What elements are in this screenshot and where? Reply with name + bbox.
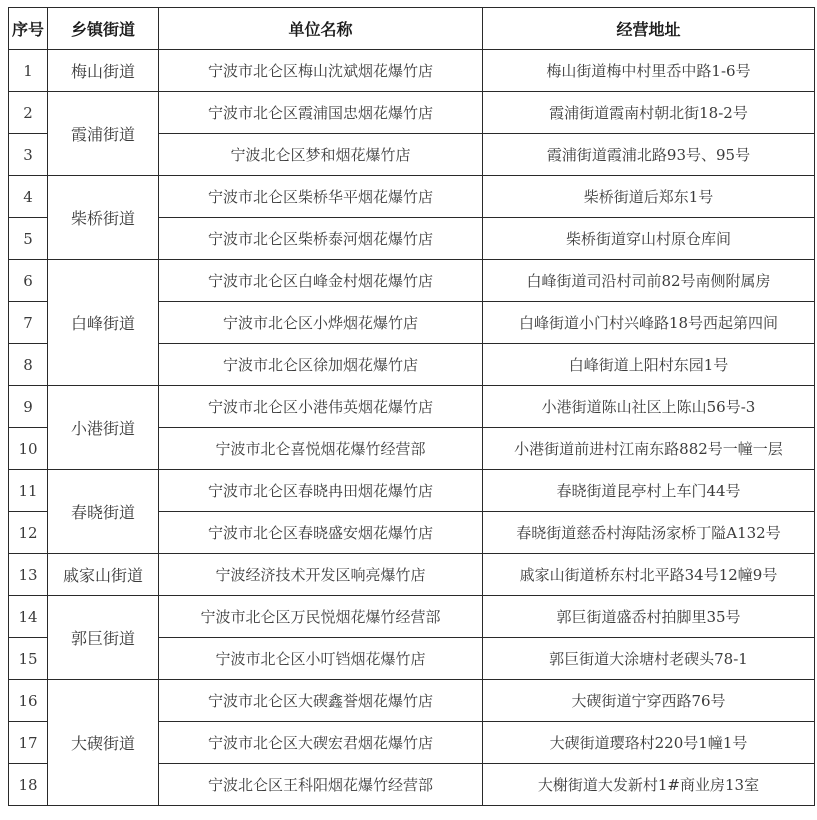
address-cell: 白峰街道小门村兴峰路18号西起第四间 <box>483 302 815 344</box>
seq-cell: 9 <box>9 386 48 428</box>
table-row: 16 大碶街道 宁波市北仑区大碶鑫誉烟花爆竹店 大碶街道宁穿西路76号 <box>9 680 815 722</box>
address-cell: 小港街道陈山社区上陈山56号-3 <box>483 386 815 428</box>
seq-cell: 14 <box>9 596 48 638</box>
name-cell: 宁波市北仑区梅山沈斌烟花爆竹店 <box>159 50 483 92</box>
table-row: 4 柴桥街道 宁波市北仑区柴桥华平烟花爆竹店 柴桥街道后郑东1号 <box>9 176 815 218</box>
seq-cell: 1 <box>9 50 48 92</box>
name-cell: 宁波市北仑区小烨烟花爆竹店 <box>159 302 483 344</box>
name-cell: 宁波市北仑区大碶鑫誉烟花爆竹店 <box>159 680 483 722</box>
seq-cell: 6 <box>9 260 48 302</box>
address-cell: 春晓街道慈岙村海陆汤家桥丁隘A132号 <box>483 512 815 554</box>
seq-cell: 15 <box>9 638 48 680</box>
street-cell: 霞浦街道 <box>48 92 159 176</box>
seq-cell: 2 <box>9 92 48 134</box>
address-cell: 小港街道前进村江南东路882号一幢一层 <box>483 428 815 470</box>
header-address: 经营地址 <box>483 8 815 50</box>
name-cell: 宁波市北仑区大碶宏君烟花爆竹店 <box>159 722 483 764</box>
table-row: 6 白峰街道 宁波市北仑区白峰金村烟花爆竹店 白峰街道司沿村司前82号南侧附属房 <box>9 260 815 302</box>
table-row: 11 春晓街道 宁波市北仑区春晓冉田烟花爆竹店 春晓街道昆亭村上车门44号 <box>9 470 815 512</box>
name-cell: 宁波市北仑喜悦烟花爆竹经营部 <box>159 428 483 470</box>
header-street: 乡镇街道 <box>48 8 159 50</box>
table-row: 9 小港街道 宁波市北仑区小港伟英烟花爆竹店 小港街道陈山社区上陈山56号-3 <box>9 386 815 428</box>
address-cell: 霞浦街道霞南村朝北街18-2号 <box>483 92 815 134</box>
seq-cell: 12 <box>9 512 48 554</box>
street-cell: 梅山街道 <box>48 50 159 92</box>
address-cell: 霞浦街道霞浦北路93号、95号 <box>483 134 815 176</box>
table-row: 13 戚家山街道 宁波经济技术开发区响亮爆竹店 戚家山街道桥东村北平路34号12… <box>9 554 815 596</box>
address-cell: 白峰街道上阳村东园1号 <box>483 344 815 386</box>
fireworks-shop-table-container: 序号 乡镇街道 单位名称 经营地址 1 梅山街道 宁波市北仑区梅山沈斌烟花爆竹店… <box>8 7 815 806</box>
address-cell: 大碶街道璎珞村220号1幢1号 <box>483 722 815 764</box>
name-cell: 宁波市北仑区万民悦烟花爆竹经营部 <box>159 596 483 638</box>
street-cell: 戚家山街道 <box>48 554 159 596</box>
address-cell: 郭巨街道盛岙村拍脚里35号 <box>483 596 815 638</box>
name-cell: 宁波市北仑区柴桥华平烟花爆竹店 <box>159 176 483 218</box>
header-row: 序号 乡镇街道 单位名称 经营地址 <box>9 8 815 50</box>
header-seq: 序号 <box>9 8 48 50</box>
seq-cell: 8 <box>9 344 48 386</box>
address-cell: 春晓街道昆亭村上车门44号 <box>483 470 815 512</box>
street-cell: 柴桥街道 <box>48 176 159 260</box>
name-cell: 宁波市北仑区春晓盛安烟花爆竹店 <box>159 512 483 554</box>
seq-cell: 11 <box>9 470 48 512</box>
name-cell: 宁波北仑区梦和烟花爆竹店 <box>159 134 483 176</box>
seq-cell: 4 <box>9 176 48 218</box>
address-cell: 白峰街道司沿村司前82号南侧附属房 <box>483 260 815 302</box>
street-cell: 郭巨街道 <box>48 596 159 680</box>
name-cell: 宁波市北仑区霞浦国忠烟花爆竹店 <box>159 92 483 134</box>
table-row: 2 霞浦街道 宁波市北仑区霞浦国忠烟花爆竹店 霞浦街道霞南村朝北街18-2号 <box>9 92 815 134</box>
street-cell: 小港街道 <box>48 386 159 470</box>
name-cell: 宁波市北仑区柴桥泰河烟花爆竹店 <box>159 218 483 260</box>
seq-cell: 5 <box>9 218 48 260</box>
name-cell: 宁波市北仑区小港伟英烟花爆竹店 <box>159 386 483 428</box>
table-row: 1 梅山街道 宁波市北仑区梅山沈斌烟花爆竹店 梅山街道梅中村里岙中路1-6号 <box>9 50 815 92</box>
address-cell: 梅山街道梅中村里岙中路1-6号 <box>483 50 815 92</box>
name-cell: 宁波市北仑区小叮铛烟花爆竹店 <box>159 638 483 680</box>
address-cell: 郭巨街道大涂塘村老碶头78-1 <box>483 638 815 680</box>
street-cell: 春晓街道 <box>48 470 159 554</box>
seq-cell: 18 <box>9 764 48 806</box>
seq-cell: 10 <box>9 428 48 470</box>
name-cell: 宁波北仑区王科阳烟花爆竹经营部 <box>159 764 483 806</box>
address-cell: 柴桥街道穿山村原仓库间 <box>483 218 815 260</box>
street-cell: 白峰街道 <box>48 260 159 386</box>
name-cell: 宁波市北仑区徐加烟花爆竹店 <box>159 344 483 386</box>
address-cell: 柴桥街道后郑东1号 <box>483 176 815 218</box>
name-cell: 宁波市北仑区春晓冉田烟花爆竹店 <box>159 470 483 512</box>
seq-cell: 13 <box>9 554 48 596</box>
table-row: 14 郭巨街道 宁波市北仑区万民悦烟花爆竹经营部 郭巨街道盛岙村拍脚里35号 <box>9 596 815 638</box>
seq-cell: 17 <box>9 722 48 764</box>
address-cell: 大榭街道大发新村1#商业房13室 <box>483 764 815 806</box>
header-name: 单位名称 <box>159 8 483 50</box>
name-cell: 宁波市北仑区白峰金村烟花爆竹店 <box>159 260 483 302</box>
seq-cell: 7 <box>9 302 48 344</box>
street-cell: 大碶街道 <box>48 680 159 806</box>
fireworks-shop-table: 序号 乡镇街道 单位名称 经营地址 1 梅山街道 宁波市北仑区梅山沈斌烟花爆竹店… <box>8 7 815 806</box>
seq-cell: 3 <box>9 134 48 176</box>
address-cell: 戚家山街道桥东村北平路34号12幢9号 <box>483 554 815 596</box>
seq-cell: 16 <box>9 680 48 722</box>
name-cell: 宁波经济技术开发区响亮爆竹店 <box>159 554 483 596</box>
address-cell: 大碶街道宁穿西路76号 <box>483 680 815 722</box>
